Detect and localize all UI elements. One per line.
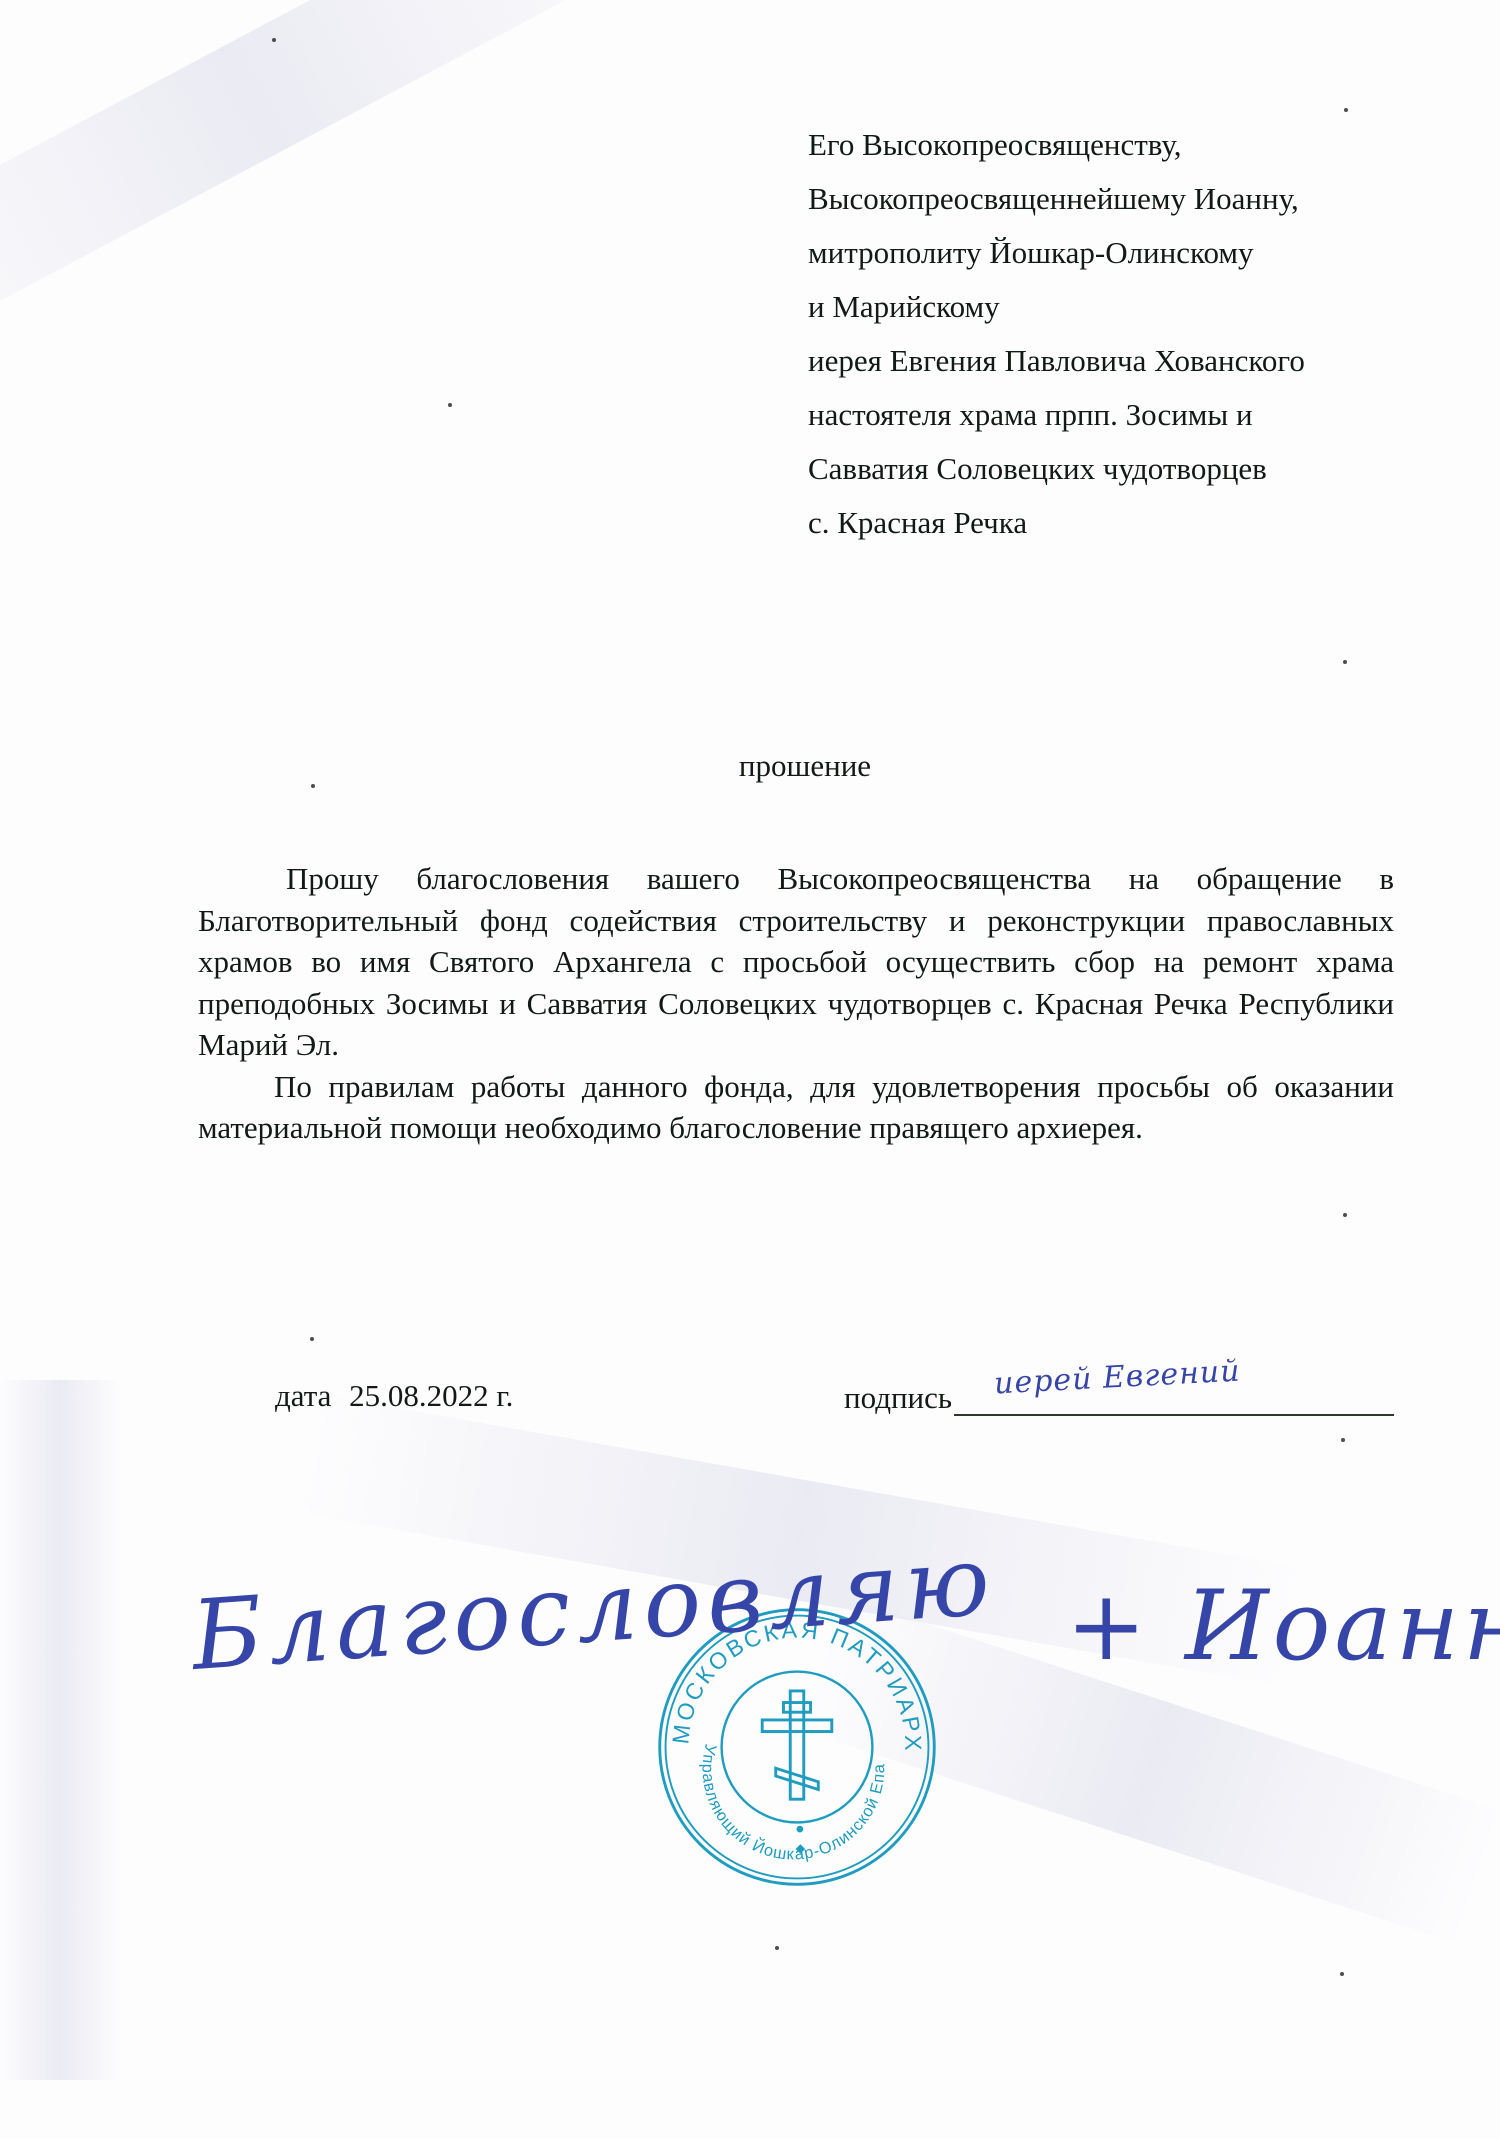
- paper-speck: [448, 403, 452, 407]
- signature-field: иерей Евгений: [954, 1378, 1394, 1416]
- paper-crease: [0, 1380, 120, 2080]
- signature-label: подпись: [844, 1380, 952, 1416]
- resolution-text: Благословляю: [188, 1524, 999, 1692]
- paper-speck: [1343, 660, 1347, 664]
- paper-speck: [1343, 1213, 1347, 1217]
- body-paragraph: Прошу благословения вашего Высокопреосвя…: [198, 858, 1394, 1066]
- addressee-line: и Марийскому: [808, 280, 1305, 334]
- document-title: прошение: [0, 748, 1500, 784]
- body-paragraph: По правилам работы данного фонда, для уд…: [198, 1066, 1394, 1149]
- paper-speck: [310, 1337, 314, 1341]
- paper-speck: [1340, 1972, 1344, 1976]
- signature-line: подпись иерей Евгений: [844, 1378, 1394, 1416]
- sender-line: Савватия Соловецких чудотворцев: [808, 442, 1305, 496]
- sender-line: с. Красная Речка: [808, 496, 1305, 550]
- paper-crease: [0, 0, 675, 364]
- resolution-signature: + Иоанн: [1066, 1570, 1500, 1682]
- addressee-line: митрополиту Йошкар-Олинскому: [808, 226, 1305, 280]
- handwritten-signature: иерей Евгений: [993, 1354, 1241, 1402]
- paper-speck: [311, 784, 315, 788]
- sender-line: настоятеля храма прпп. Зосимы и: [808, 388, 1305, 442]
- bishop-resolution: Благословляю + Иоанн: [196, 1540, 1436, 1720]
- addressee-line: Высокопреосвященнейшему Иоанну,: [808, 172, 1305, 226]
- document-body: Прошу благословения вашего Высокопреосвя…: [198, 858, 1394, 1149]
- paper-speck: [1344, 108, 1348, 112]
- paper-speck: [775, 1946, 779, 1950]
- sender-line: иерея Евгения Павловича Хованского: [808, 334, 1305, 388]
- addressee-line: Его Высокопреосвященству,: [808, 118, 1305, 172]
- addressee-block: Его Высокопреосвященству, Высокопреосвящ…: [808, 118, 1305, 550]
- date-label: дата: [275, 1378, 331, 1413]
- paper-speck: [1341, 1438, 1345, 1442]
- paper-speck: [272, 38, 276, 42]
- date-value: 25.08.2022 г.: [349, 1378, 513, 1413]
- date-line: дата 25.08.2022 г.: [275, 1378, 513, 1414]
